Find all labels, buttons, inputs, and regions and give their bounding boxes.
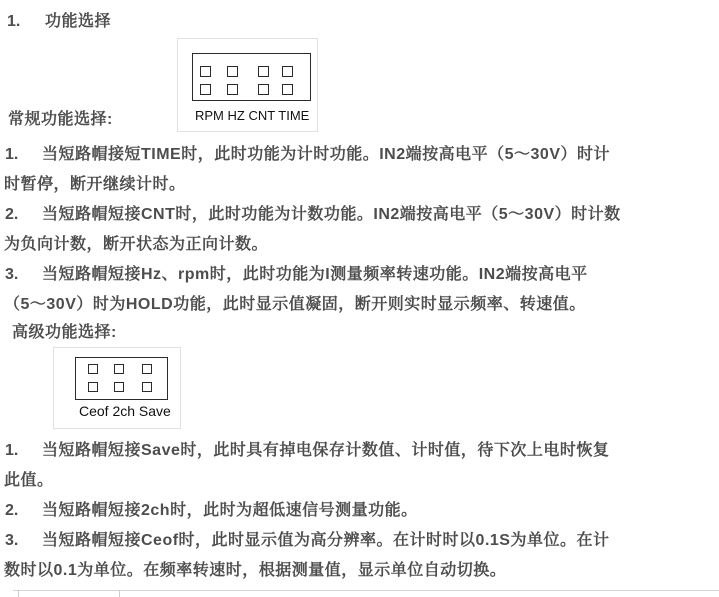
list-item-line: 2.当短路帽短接CNT时，此时功能为计数功能。IN2端按高电平（5～30V）时计… <box>5 205 621 225</box>
table-column-divider <box>119 590 120 597</box>
pin-header-outline <box>75 357 168 400</box>
list-text: 当短路帽短接Ceof时，此时显示值为高分辨率。在计时时以0.1S为单位。在计 <box>42 532 609 549</box>
jumper-diagram-advanced-functions: Ceof 2ch Save <box>53 347 181 429</box>
heading-title: 功能选择 <box>45 13 111 30</box>
jumper-pin <box>200 66 211 77</box>
jumper-pin <box>88 364 98 374</box>
jumper-pin <box>227 66 238 77</box>
document-page: 1.功能选择 RPM HZ CNT TIME 常规功能选择: 1.当短路帽接短T… <box>0 0 719 597</box>
jumper-pin <box>258 66 269 77</box>
list-text: 当短路帽接短TIME时，此时功能为计时功能。IN2端按高电平（5～30V）时计 <box>42 146 610 163</box>
heading-number: 1. <box>7 12 45 32</box>
list-item-line: 2.当短路帽短接2ch时，此时为超低速信号测量功能。 <box>5 501 418 521</box>
jumper-pin <box>282 66 293 77</box>
pin-header-outline <box>192 53 311 101</box>
jumper-pin <box>258 84 269 95</box>
list-text: 当短路帽短接2ch时，此时为超低速信号测量功能。 <box>42 502 418 519</box>
list-number: 2. <box>5 501 42 521</box>
jumper-pin <box>114 364 124 374</box>
jumper-labels-normal: RPM HZ CNT TIME <box>195 108 309 123</box>
list-number: 1. <box>5 441 42 461</box>
list-item-line: 此值。 <box>4 471 54 491</box>
section-heading: 1.功能选择 <box>7 12 111 32</box>
list-item-line: 为负向计数，断开状态为正向计数。 <box>4 235 268 255</box>
list-text: 当短路帽短接Hz、rpm时，此时功能为I测量频率转速功能。IN2端按高电平 <box>42 266 588 283</box>
list-item-line: 1.当短路帽接短TIME时，此时功能为计时功能。IN2端按高电平（5～30V）时… <box>5 145 610 165</box>
jumper-pin <box>142 382 152 392</box>
list-number: 3. <box>5 531 42 551</box>
list-item-line: 1.当短路帽短接Save时，此时具有掉电保存计数值、计时值，待下次上电时恢复 <box>5 441 609 461</box>
list-item-line: 3.当短路帽短接Hz、rpm时，此时功能为I测量频率转速功能。IN2端按高电平 <box>5 265 588 285</box>
jumper-pin <box>200 84 211 95</box>
list-number: 3. <box>5 265 42 285</box>
general-functions-title: 常规功能选择: <box>8 110 113 130</box>
advanced-functions-title: 高级功能选择: <box>12 323 117 343</box>
table-column-divider <box>18 590 19 597</box>
list-item-line: （5～30V）时为HOLD功能，此时显示值凝固，断开则实时显示频率、转速值。 <box>4 295 586 315</box>
jumper-pin <box>114 382 124 392</box>
jumper-pin <box>227 84 238 95</box>
jumper-diagram-normal-functions: RPM HZ CNT TIME <box>177 38 318 132</box>
jumper-pin <box>88 382 98 392</box>
jumper-labels-advanced: Ceof 2ch Save <box>79 403 171 419</box>
list-number: 2. <box>5 205 42 225</box>
jumper-pin <box>142 364 152 374</box>
jumper-pin <box>282 84 293 95</box>
list-item-line: 数时以0.1为单位。在频率转速时，根据测量值，显示单位自动切换。 <box>4 561 506 581</box>
list-item-line: 3.当短路帽短接Ceof时，此时显示值为高分辨率。在计时时以0.1S为单位。在计 <box>5 531 609 551</box>
list-item-line: 时暂停，断开继续计时。 <box>4 175 186 195</box>
list-number: 1. <box>5 145 42 165</box>
list-text: 当短路帽短接Save时，此时具有掉电保存计数值、计时值，待下次上电时恢复 <box>42 442 609 459</box>
list-text: 当短路帽短接CNT时，此时功能为计数功能。IN2端按高电平（5～30V）时计数 <box>42 206 621 223</box>
